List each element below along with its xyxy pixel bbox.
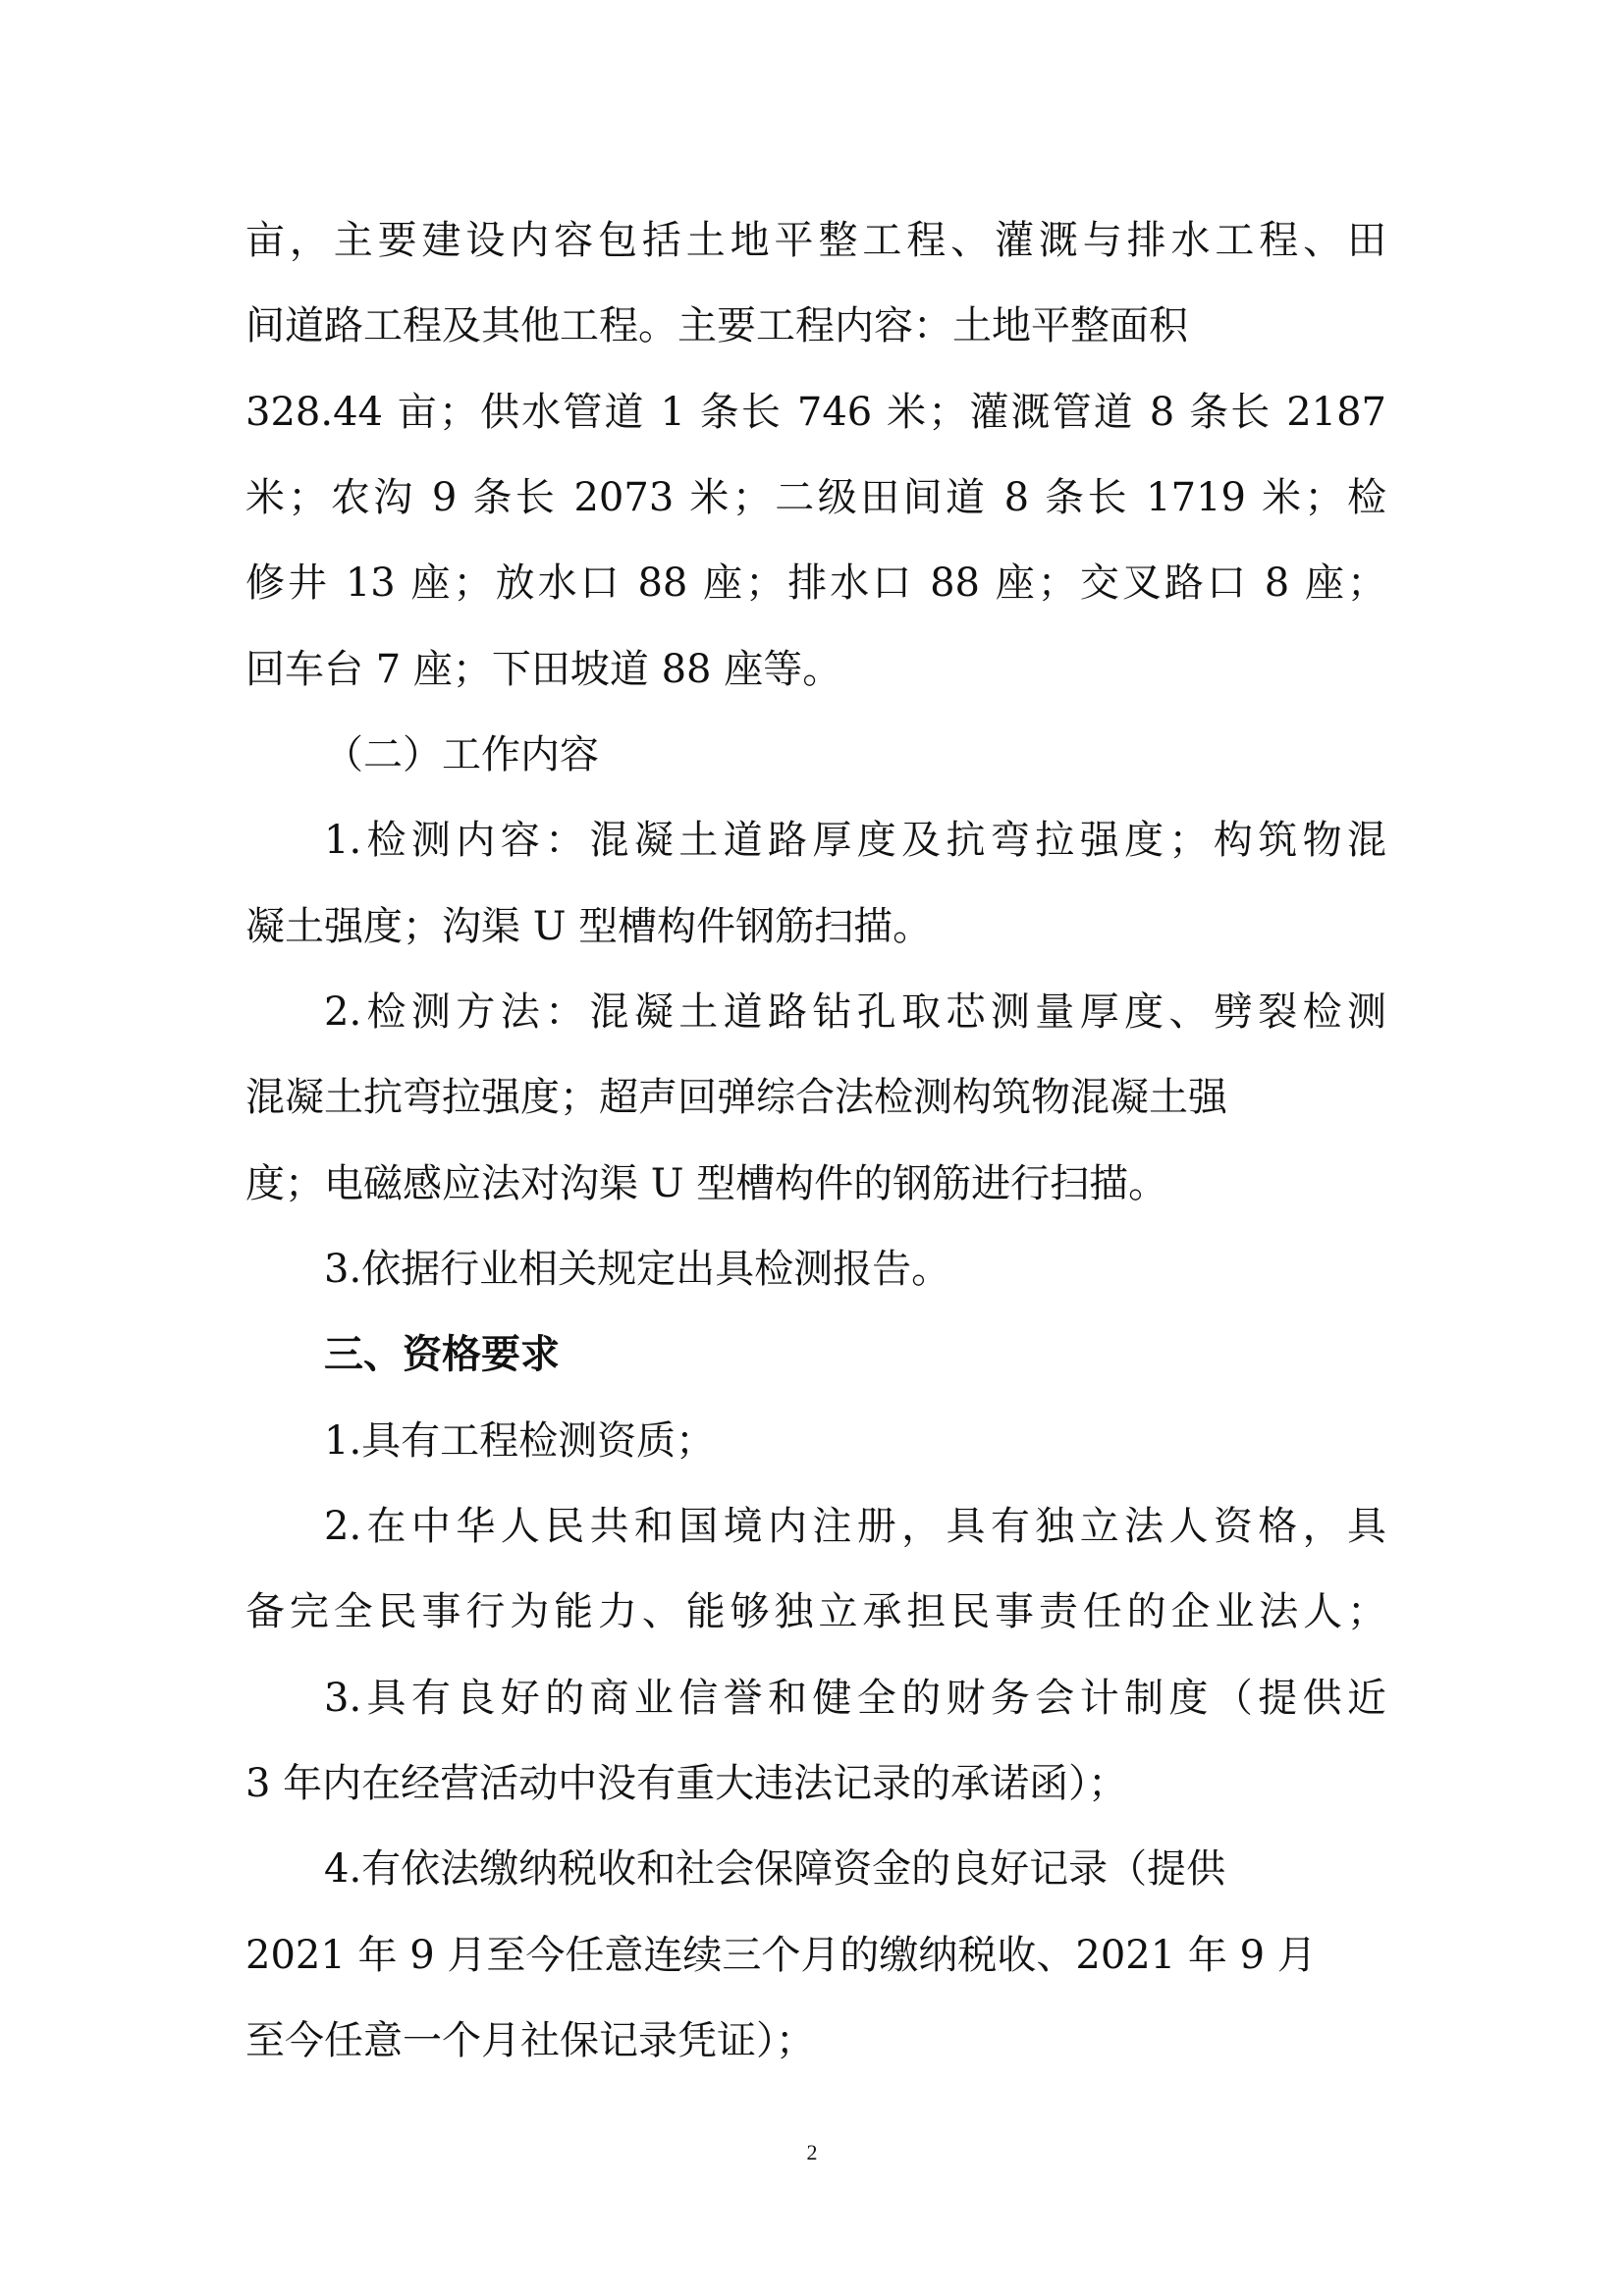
paragraph-line: 修井 13 座；放水口 88 座；排水口 88 座；交叉路口 8 座； (245, 554, 1386, 613)
paragraph-line: 328.44 亩；供水管道 1 条长 746 米；灌溉管道 8 条长 2187 (245, 383, 1386, 442)
list-item: 1.检测内容：混凝土道路厚度及抗弯拉强度；构筑物混 (245, 811, 1386, 870)
list-item: 4.有依法缴纳税收和社会保障资金的良好记录（提供 (245, 1840, 1386, 1898)
paragraph-line: 混凝土抗弯拉强度；超声回弹综合法检测构筑物混凝土强 (245, 1068, 1386, 1127)
list-item: 3.依据行业相关规定出具检测报告。 (245, 1240, 1386, 1299)
list-item: 2.检测方法：混凝土道路钻孔取芯测量厚度、劈裂检测 (245, 983, 1386, 1041)
section-heading: 三、资格要求 (245, 1325, 1386, 1384)
list-item: 3.具有良好的商业信誉和健全的财务会计制度（提供近 (245, 1669, 1386, 1728)
page-number: 2 (0, 2140, 1624, 2165)
paragraph-line: 度；电磁感应法对沟渠 U 型槽构件的钢筋进行扫描。 (245, 1154, 1386, 1213)
section-subheading: （二）工作内容 (245, 725, 1386, 784)
list-item: 2.在中华人民共和国境内注册，具有独立法人资格，具 (245, 1497, 1386, 1556)
paragraph-line: 回车台 7 座；下田坡道 88 座等。 (245, 640, 1386, 699)
paragraph-line: 亩，主要建设内容包括土地平整工程、灌溉与排水工程、田 (245, 211, 1386, 270)
paragraph-line: 3 年内在经营活动中没有重大违法记录的承诺函）； (245, 1754, 1386, 1813)
paragraph-line: 备完全民事行为能力、能够独立承担民事责任的企业法人； (245, 1582, 1386, 1641)
paragraph-line: 2021 年 9 月至今任意连续三个月的缴纳税收、2021 年 9 月 (245, 1926, 1386, 1985)
paragraph-line: 间道路工程及其他工程。主要工程内容：土地平整面积 (245, 296, 1386, 355)
paragraph-line: 米；农沟 9 条长 2073 米；二级田间道 8 条长 1719 米；检 (245, 468, 1386, 527)
paragraph-line: 凝土强度；沟渠 U 型槽构件钢筋扫描。 (245, 897, 1386, 956)
paragraph-line: 至今任意一个月社保记录凭证）； (245, 2011, 1386, 2070)
list-item: 1.具有工程检测资质； (245, 1412, 1386, 1470)
